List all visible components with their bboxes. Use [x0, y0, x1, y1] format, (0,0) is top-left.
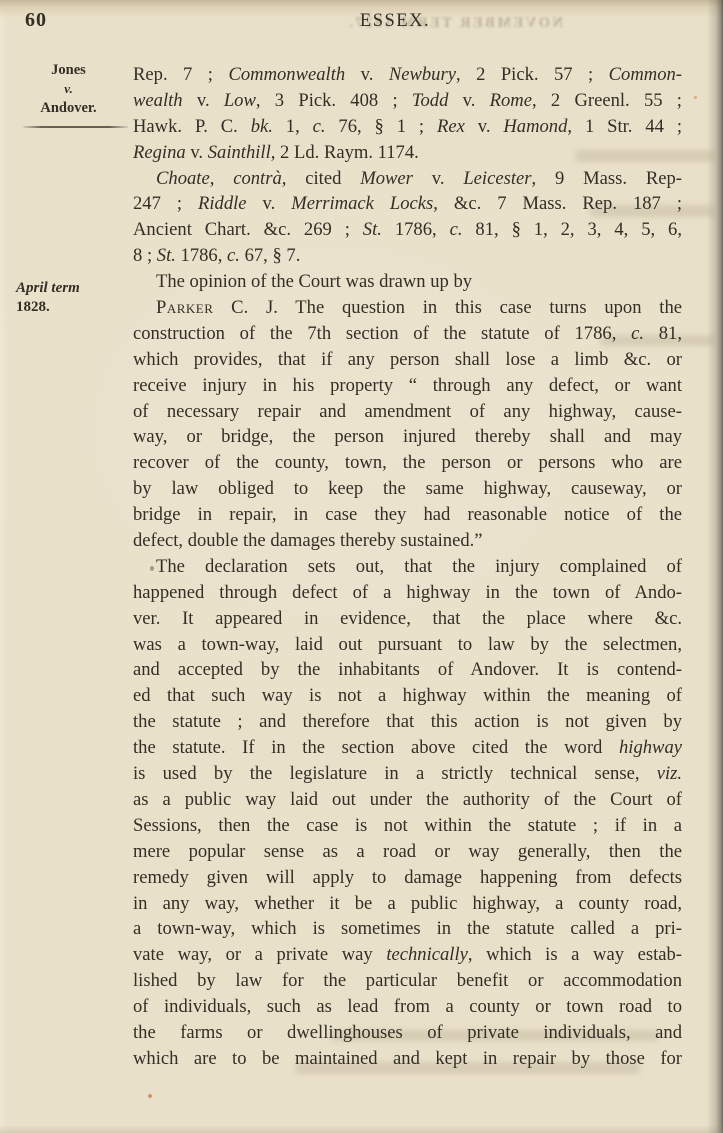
- text-line: which are to be maintained and kept in r…: [133, 1046, 682, 1072]
- text-line: bridge in repair, in case they had reaso…: [133, 502, 682, 528]
- text-line: happened through defect of a highway in …: [133, 580, 682, 606]
- text-line: The opinion of the Court was drawn up by: [133, 269, 682, 295]
- case-versus: v.: [12, 80, 125, 98]
- case-defendant: Andover.: [12, 98, 125, 118]
- term-note-line: April term: [16, 279, 128, 298]
- page-right-edge-shadow: [707, 0, 723, 1133]
- case-plaintiff: Jones: [12, 60, 125, 80]
- text-line: as a public way laid out under the autho…: [133, 787, 682, 813]
- page-bottom-edge-shadow: [0, 1125, 723, 1133]
- text-line: Sessions, then the case is not within th…: [133, 813, 682, 839]
- text-line: ver. It appeared in evidence, that the p…: [133, 606, 682, 632]
- page-number: 60: [25, 9, 47, 32]
- text-line: wealth v. Low, 3 Pick. 408 ; Todd v. Rom…: [133, 88, 682, 114]
- text-line: by law obliged to keep the same highway,…: [133, 476, 682, 502]
- case-caption: Jones v. Andover.: [12, 60, 125, 118]
- text-line: defect, double the damages thereby susta…: [133, 528, 682, 554]
- text-line: receive injury in his property “ through…: [133, 373, 682, 399]
- paper-speck: [148, 1094, 152, 1098]
- text-line: a town-way, which is sometimes in the st…: [133, 916, 682, 942]
- text-line: the statute ; and therefore that this ac…: [133, 709, 682, 735]
- book-page: NOVEMBER TERM 1827. 60 ESSEX. Jones v. A…: [0, 0, 723, 1133]
- text-line: The declaration sets out, that the injur…: [133, 554, 682, 580]
- term-date-note: April term 1828.: [16, 279, 128, 317]
- text-line: of necessary repair and amendment of any…: [133, 399, 682, 425]
- text-line: Parker C. J. The question in this case t…: [133, 295, 682, 321]
- text-line: Choate, contrà, cited Mower v. Leicester…: [133, 166, 682, 192]
- text-line: was a town-way, laid out pursuant to law…: [133, 632, 682, 658]
- text-line: and accepted by the inhabitants of Andov…: [133, 657, 682, 683]
- text-line: in any way, whether it be a public highw…: [133, 891, 682, 917]
- text-line: vate way, or a private way technically, …: [133, 942, 682, 968]
- text-line: the statute. If in the section above cit…: [133, 735, 682, 761]
- text-line: the farms or dwellinghouses of private i…: [133, 1020, 682, 1046]
- paper-speck: [694, 96, 697, 99]
- text-line: Rep. 7 ; Commonwealth v. Newbury, 2 Pick…: [133, 62, 682, 88]
- text-line: lished by law for the particular benefit…: [133, 968, 682, 994]
- text-line: recover of the county, town, the person …: [133, 450, 682, 476]
- text-line: Regina v. Sainthill, 2 Ld. Raym. 1174.: [133, 140, 682, 166]
- text-line: construction of the 7th section of the s…: [133, 321, 682, 347]
- text-line: ed that such way is not a highway within…: [133, 683, 682, 709]
- body-text: Rep. 7 ; Commonwealth v. Newbury, 2 Pick…: [133, 62, 682, 1072]
- case-caption-rule: [23, 126, 128, 128]
- text-line: mere popular sense as a road or way gene…: [133, 839, 682, 865]
- text-line: way, or bridge, the person injured there…: [133, 424, 682, 450]
- text-line: 247 ; Riddle v. Merrimack Locks, &c. 7 M…: [133, 191, 682, 217]
- term-note-year: 1828.: [16, 298, 128, 317]
- text-line: Ancient Chart. &c. 269 ; St. 1786, c. 81…: [133, 217, 682, 243]
- text-line: is used by the legislature in a strictly…: [133, 761, 682, 787]
- text-line: Hawk. P. C. bk. 1, c. 76, § 1 ; Rex v. H…: [133, 114, 682, 140]
- text-line: 8 ; St. 1786, c. 67, § 7.: [133, 243, 682, 269]
- text-line: remedy given will apply to damage happen…: [133, 865, 682, 891]
- running-head: ESSEX.: [120, 11, 670, 32]
- text-line: of individuals, such as lead from a coun…: [133, 994, 682, 1020]
- text-line: which provides, that if any person shall…: [133, 347, 682, 373]
